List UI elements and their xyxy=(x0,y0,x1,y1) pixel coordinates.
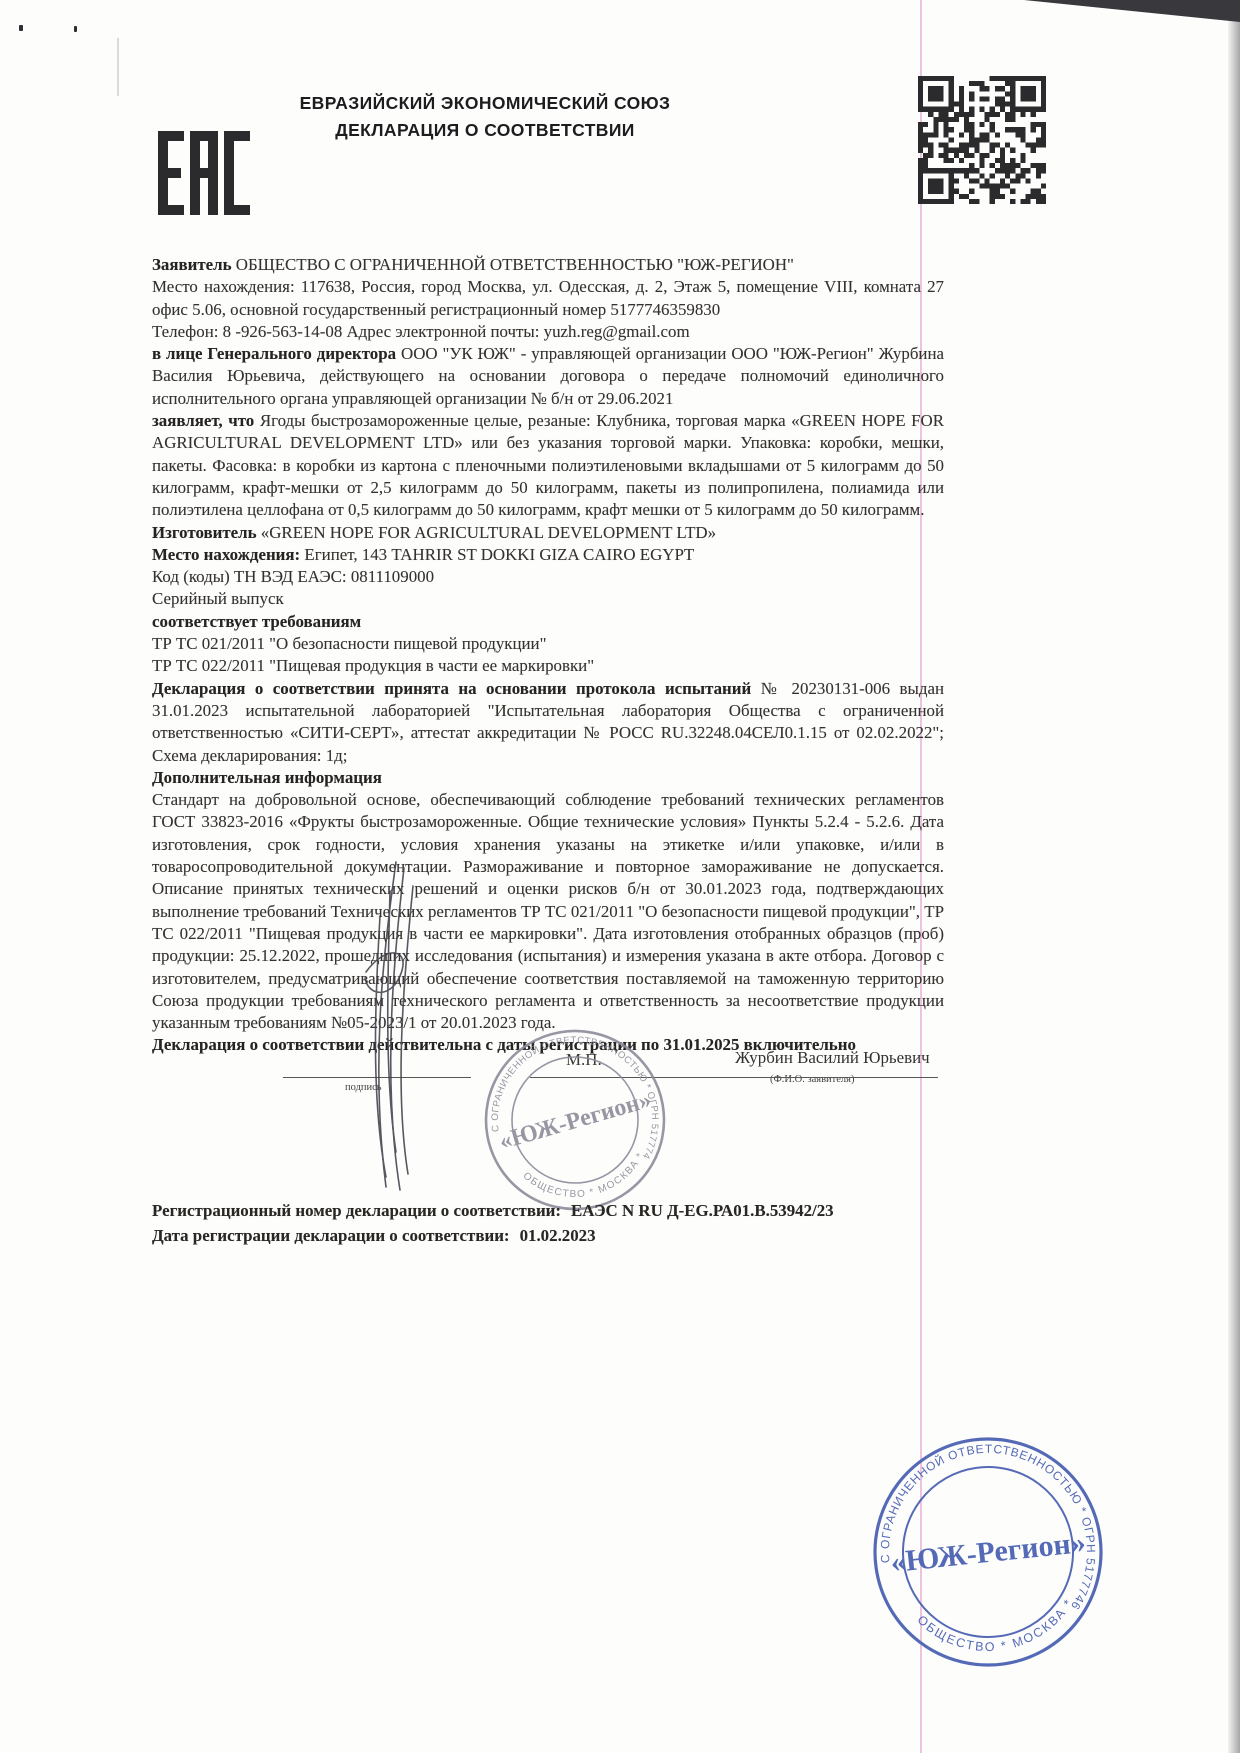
body-paragraph: ТР ТС 022/2011 "Пищевая продукция в част… xyxy=(152,655,944,677)
title-union: ЕВРАЗИЙСКИЙ ЭКОНОМИЧЕСКИЙ СОЮЗ xyxy=(250,90,720,117)
document-title: ЕВРАЗИЙСКИЙ ЭКОНОМИЧЕСКИЙ СОЮЗ ДЕКЛАРАЦИ… xyxy=(250,90,720,144)
body-paragraph: в лице Генерального директора ООО "УК ЮЖ… xyxy=(152,343,944,410)
eac-logo xyxy=(158,131,250,215)
body-paragraph: Телефон: 8 -926-563-14-08 Адрес электрон… xyxy=(152,321,944,343)
body-paragraph: соответствует требованиям xyxy=(152,611,944,633)
body-paragraph: Место нахождения: Египет, 143 TAHRIR ST … xyxy=(152,544,944,566)
body-paragraph: Изготовитель «GREEN HOPE FOR AGRICULTURA… xyxy=(152,522,944,544)
body-paragraph: Заявитель ОБЩЕСТВО С ОГРАНИЧЕННОЙ ОТВЕТС… xyxy=(152,254,944,276)
svg-text:«ЮЖ-Регион»: «ЮЖ-Регион» xyxy=(889,1526,1087,1579)
body-paragraph: Место нахождения: 117638, Россия, город … xyxy=(152,276,944,321)
registration-date-value: 01.02.2023 xyxy=(520,1226,596,1245)
scan-speck xyxy=(19,25,23,31)
scan-corner-artifact xyxy=(1024,0,1240,22)
signer-caption: (Ф.И.О. заявителя) xyxy=(770,1074,855,1085)
registration-date-label: Дата регистрации декларации о соответств… xyxy=(152,1226,510,1245)
scan-speck xyxy=(74,26,77,32)
body-paragraph: Дополнительная информация xyxy=(152,767,944,789)
registration-block: Регистрационный номер декларации о соотв… xyxy=(152,1198,834,1248)
registration-date-line: Дата регистрации декларации о соответств… xyxy=(152,1223,834,1248)
body-paragraph: Серийный выпуск xyxy=(152,588,944,610)
body-text: Заявитель ОБЩЕСТВО С ОГРАНИЧЕННОЙ ОТВЕТС… xyxy=(152,254,944,1057)
body-paragraph: Стандарт на добровольной основе, обеспеч… xyxy=(152,789,944,1034)
body-paragraph: Декларация о соответствии принята на осн… xyxy=(152,678,944,767)
handwritten-signature xyxy=(340,852,480,1197)
body-paragraph: ТР ТС 021/2011 "О безопасности пищевой п… xyxy=(152,633,944,655)
svg-text:«ЮЖ-Регион»: «ЮЖ-Регион» xyxy=(496,1087,654,1155)
registration-number-line: Регистрационный номер декларации о соотв… xyxy=(152,1198,834,1223)
scan-streak xyxy=(117,38,119,96)
registration-number-value: ЕАЭС N RU Д-EG.РА01.В.53942/23 xyxy=(571,1201,834,1220)
registration-number-label: Регистрационный номер декларации о соотв… xyxy=(152,1201,561,1220)
company-stamp-gray: С ОГРАНИЧЕННОЙ ОТВЕТСТВЕННОСТЬЮ * ОГРН 5… xyxy=(480,1025,670,1215)
scan-edge-shadow xyxy=(1228,0,1240,1753)
title-declaration: ДЕКЛАРАЦИЯ О СООТВЕТСТВИИ xyxy=(250,117,720,144)
body-paragraph: Код (коды) ТН ВЭД ЕАЭС: 0811109000 xyxy=(152,566,944,588)
qr-code-icon xyxy=(918,76,1046,204)
body-paragraph: заявляет, что Ягоды быстрозамороженные ц… xyxy=(152,410,944,521)
company-stamp-blue: С ОГРАНИЧЕННОЙ ОТВЕТСТВЕННОСТЬЮ * ОГРН 5… xyxy=(868,1432,1108,1672)
signer-name: Журбин Василий Юрьевич xyxy=(735,1048,930,1068)
declaration-document: ЕВРАЗИЙСКИЙ ЭКОНОМИЧЕСКИЙ СОЮЗ ДЕКЛАРАЦИ… xyxy=(0,0,1240,1753)
